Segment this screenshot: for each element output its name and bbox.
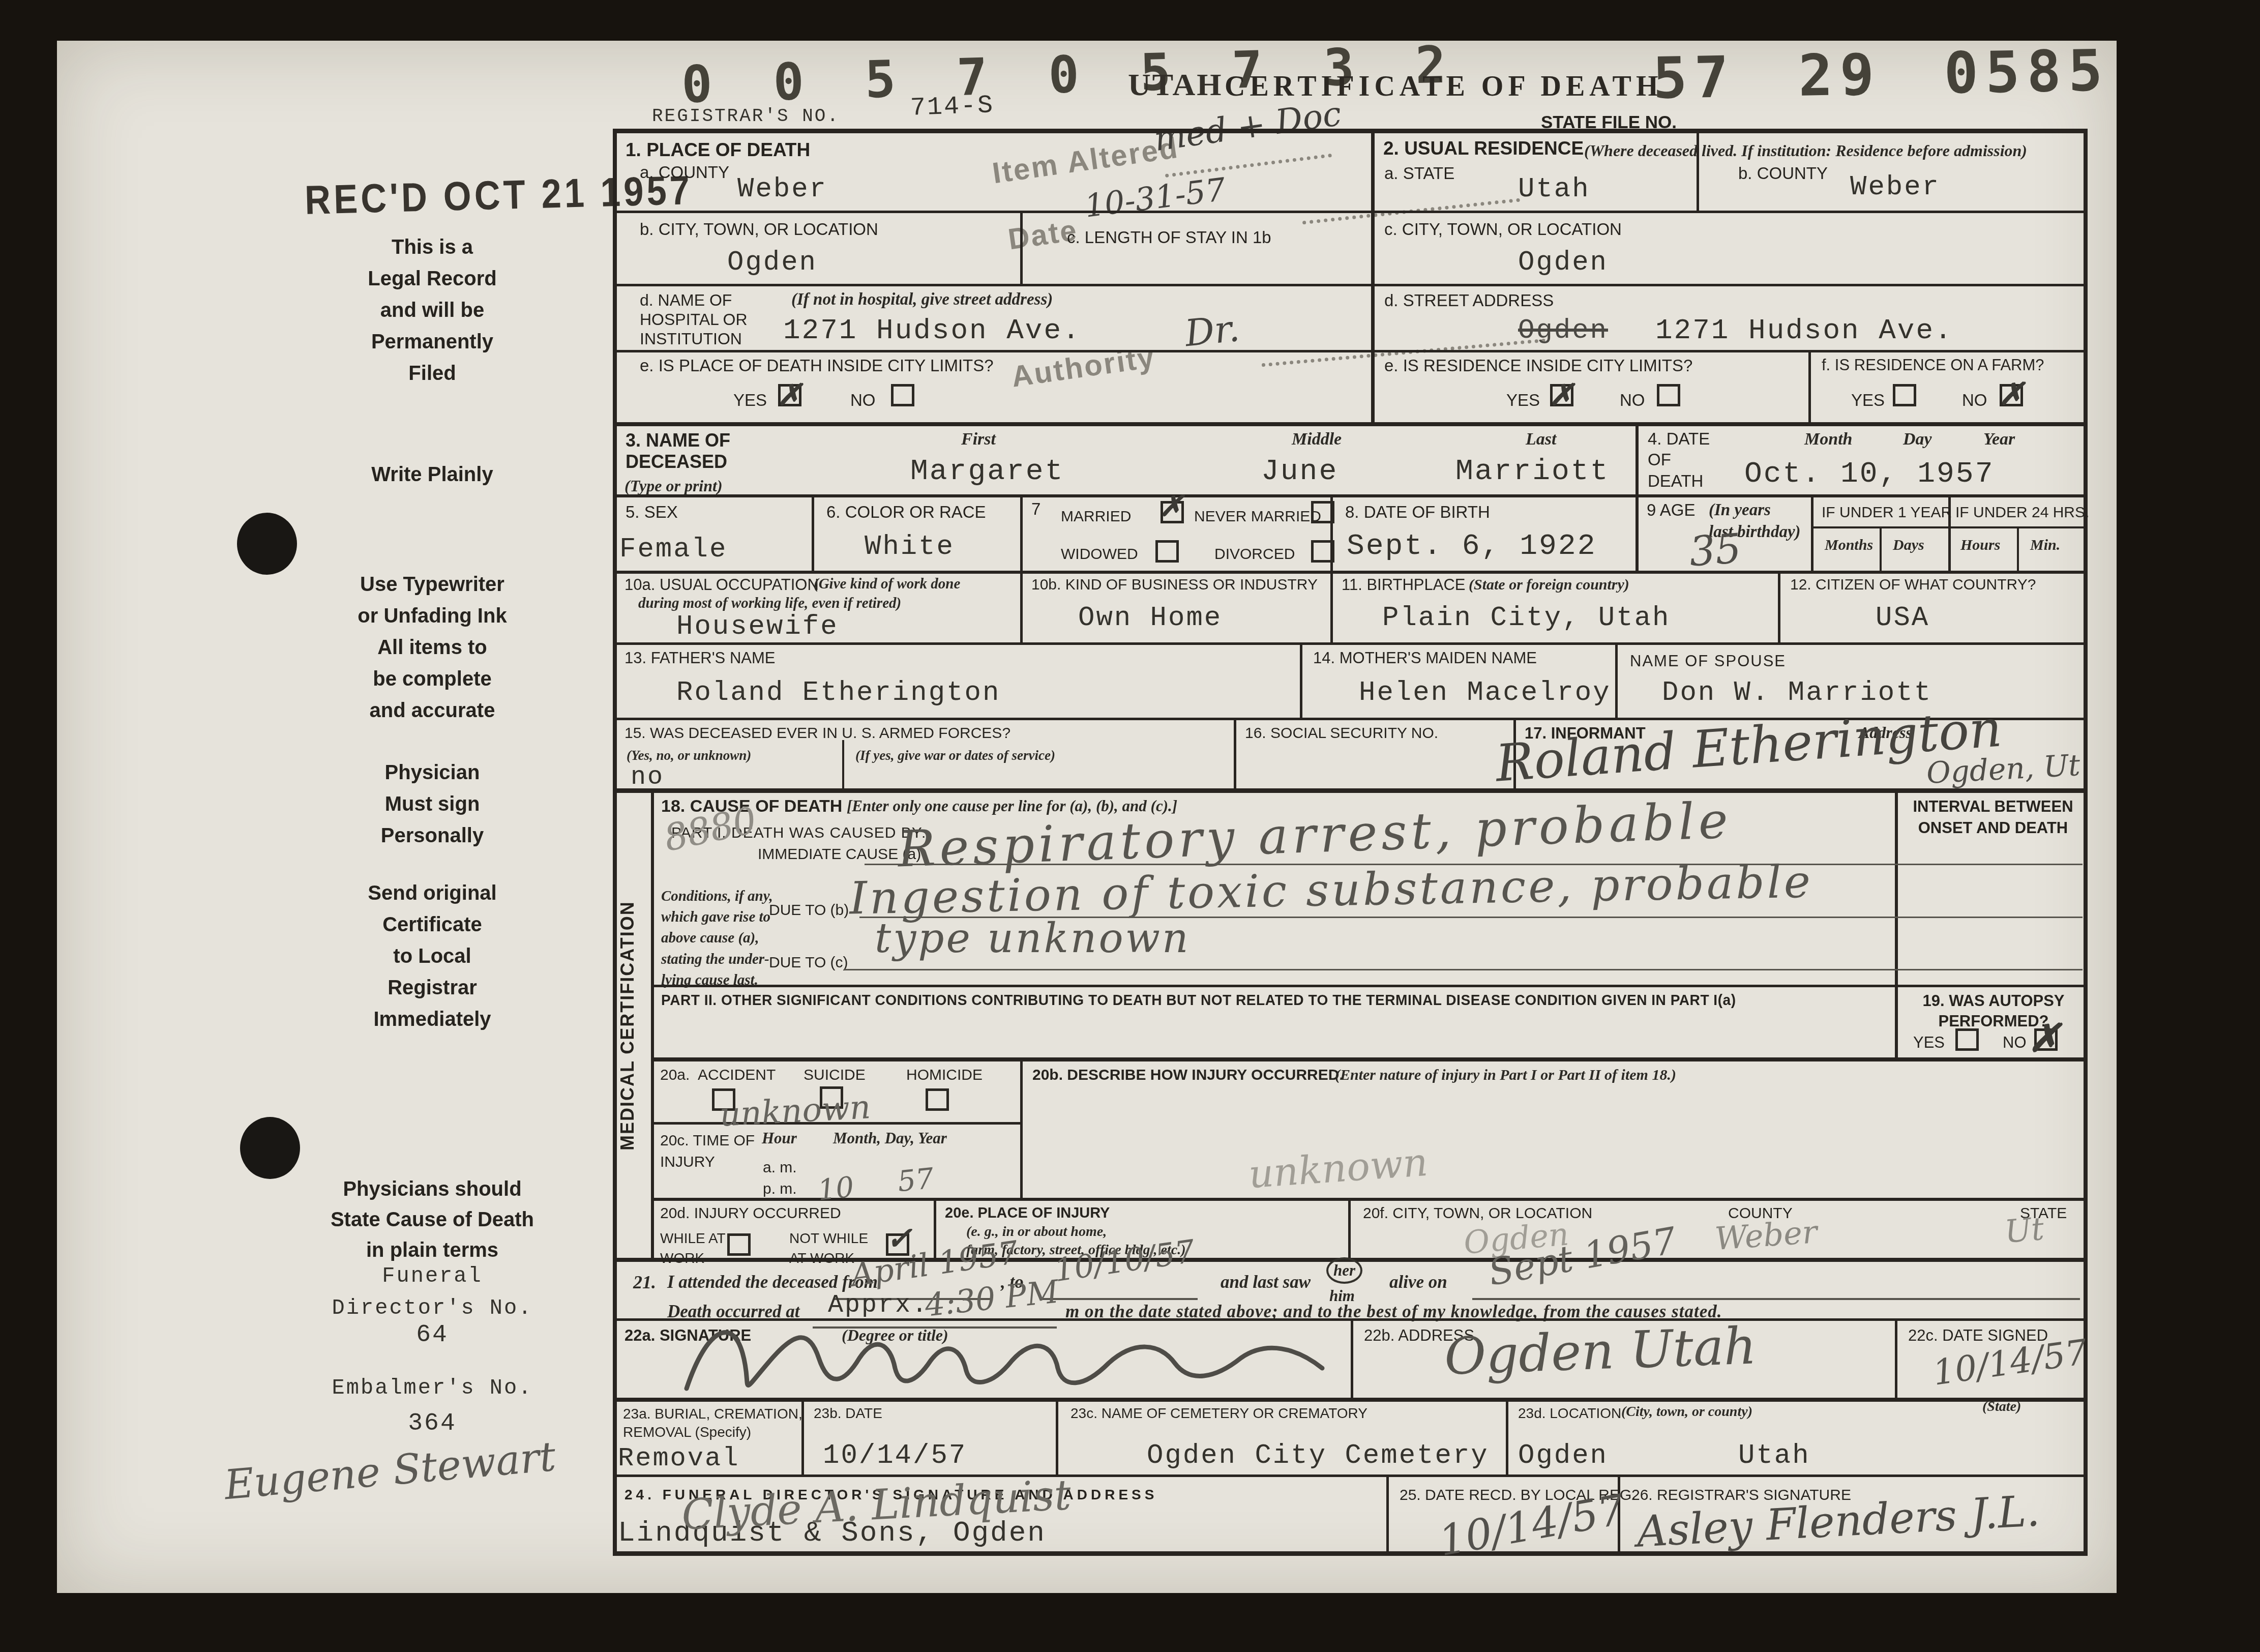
- field-16-label: 16. SOCIAL SECURITY NO.: [1245, 724, 1438, 742]
- field-7-number: 7: [1031, 499, 1040, 519]
- field-20f-state-value: Ut: [2003, 1210, 2045, 1250]
- field-20e-label: 20e. PLACE OF INJURY: [945, 1204, 1110, 1222]
- rule: [613, 422, 2088, 426]
- field-21-text-lastsaw: and last saw: [1221, 1271, 1311, 1294]
- margin-note-legal-record: This is a Legal Record and will be Perma…: [239, 231, 626, 389]
- field-10a-note1: (Give kind of work done: [814, 575, 960, 594]
- cause-c-line: [844, 969, 2083, 970]
- rule: [613, 350, 2088, 352]
- field-5-label: 5. SEX: [626, 503, 678, 522]
- field-1b-value: Ogden: [727, 247, 817, 278]
- interval-onset-death-label: INTERVAL BETWEEN ONSET AND DEATH: [1902, 796, 2084, 839]
- field-18-immediate-cause-label: IMMEDIATE CAUSE (a): [758, 845, 921, 863]
- field-7-divorced-label: DIVORCED: [1214, 545, 1295, 563]
- field-3-last-label: Last: [1526, 428, 1556, 451]
- field-9-under24hrs-label: IF UNDER 24 HRS.: [1955, 504, 2089, 521]
- rule: [651, 985, 2088, 987]
- rule: [1300, 642, 1302, 720]
- field-20c-month-value: 10: [816, 1170, 856, 1207]
- field-20c-mdy-label: Month, Day, Year: [833, 1128, 947, 1148]
- rule: [2017, 526, 2019, 573]
- field-2d-value: 1271 Hudson Ave.: [1655, 314, 1953, 347]
- field-7-married-mark: ✗: [1159, 489, 1183, 523]
- field-10a-note2: during most of working life, even if ret…: [638, 594, 901, 613]
- field-15-note2: (If yes, give war or dates of service): [855, 747, 1055, 764]
- field-23b-label: 23b. DATE: [814, 1405, 882, 1422]
- rule: [1811, 494, 1813, 573]
- registrar-no-label: REGISTRAR'S NO.: [652, 106, 840, 127]
- margin-note-plain-terms: Physicians should State Cause of Death i…: [219, 1174, 646, 1265]
- field-7-never-married-label: NEVER MARRIED: [1194, 508, 1321, 525]
- field-9-value: 35: [1688, 525, 1743, 576]
- field-spouse-value: Don W. Marriott: [1662, 677, 1932, 709]
- medical-certification-vertical-label: MEDICAL CERTIFICATION: [617, 793, 651, 1259]
- field-1e-label: e. IS PLACE OF DEATH INSIDE CITY LIMITS?: [640, 356, 994, 376]
- field-1d-label: d. NAME OF HOSPITAL OR INSTITUTION: [640, 291, 748, 348]
- field-21-text-attended: I attended the deceased from: [667, 1271, 878, 1294]
- field-9-min-label: Min.: [2030, 535, 2060, 555]
- rule: [613, 642, 2088, 645]
- embalmer-no-label: Embalmer's No.: [239, 1376, 626, 1400]
- field-9-under1yr-label: IF UNDER 1 YEAR: [1822, 504, 1952, 521]
- field-1-title: 1. PLACE OF DEATH: [626, 139, 810, 161]
- field-23a-value: Removal: [618, 1443, 739, 1473]
- field-13-value: Roland Etherington: [676, 677, 1000, 709]
- field-2e-yes-label: YES: [1506, 391, 1540, 410]
- field-2e-no-checkbox: [1657, 384, 1680, 406]
- field-10a-value: Housewife: [676, 611, 839, 642]
- field-23a-label: 23a. BURIAL, CREMATION, REMOVAL (Specify…: [623, 1405, 802, 1442]
- field-15-value: no: [631, 763, 664, 792]
- field-11-value: Plain City, Utah: [1382, 603, 1670, 634]
- rule: [1895, 1318, 1897, 1400]
- field-23c-value: Ogden City Cemetery: [1147, 1440, 1489, 1471]
- field-5-value: Female: [619, 534, 727, 565]
- punch-hole-top: [237, 513, 297, 575]
- field-12-label: 12. CITIZEN OF WHAT COUNTRY?: [1790, 576, 2036, 594]
- field-23c-label: 23c. NAME OF CEMETERY OR CREMATORY: [1070, 1405, 1367, 1422]
- field-6-value: White: [865, 532, 955, 563]
- field-23b-value: 10/14/57: [823, 1440, 967, 1471]
- field-15-note1: (Yes, no, or unknown): [627, 747, 751, 764]
- field-1e-yes-label: YES: [733, 391, 767, 410]
- field-2c-value: Ogden: [1518, 247, 1608, 278]
- field-20c-pm-label: p. m.: [763, 1180, 797, 1198]
- field-2-note: (Where deceased lived. If institution: R…: [1584, 140, 2027, 162]
- rule: [1386, 1474, 1389, 1553]
- field-3-middle-label: Middle: [1292, 428, 1342, 451]
- rule: [651, 1198, 2088, 1201]
- field-20a-homicide-checkbox: [926, 1088, 949, 1111]
- field-3-first-label: First: [961, 428, 996, 451]
- field-21-her-circled: her: [1326, 1257, 1362, 1284]
- death-certificate-scan: { "marks": { "x": "✗", "check": "✓" }, "…: [0, 0, 2260, 1652]
- physician-signature-scrawl: [676, 1312, 1337, 1404]
- rule: [812, 494, 814, 573]
- field-2e-no-label: NO: [1620, 391, 1645, 410]
- field-20f-county-value: Weber: [1714, 1213, 1819, 1257]
- rule: [613, 788, 2088, 793]
- field-2d-struck-value: Ogden: [1518, 315, 1608, 346]
- field-7-divorced-checkbox: [1311, 540, 1334, 563]
- field-7-married-label: MARRIED: [1061, 508, 1131, 525]
- field-1d-value: 1271 Hudson Ave.: [783, 314, 1081, 347]
- field-3-last-value: Marriott: [1455, 455, 1609, 488]
- rule: [1020, 494, 1023, 573]
- field-20d-while-label: WHILE AT WORK: [660, 1228, 726, 1268]
- field-9-months-label: Months: [1825, 535, 1873, 555]
- field-9-label: 9 AGE: [1647, 500, 1695, 520]
- field-20b-label: 20b. DESCRIBE HOW INJURY OCCURRED.: [1032, 1066, 1344, 1084]
- margin-note-typewriter: Use Typewriter or Unfading Ink: [239, 569, 626, 632]
- field-23d-note: (City, town, or county): [1621, 1403, 1752, 1421]
- margin-note-write-plainly: Write Plainly: [239, 463, 626, 487]
- field-4-month-label: Month: [1804, 428, 1853, 451]
- field-2f-no-mark: ✗: [1999, 376, 2024, 412]
- field-1d-note: (If not in hospital, give street address…: [791, 289, 1053, 311]
- rule: [1020, 1057, 1023, 1200]
- form-border-bottom: [613, 1551, 2088, 1556]
- field-2f-label: f. IS RESIDENCE ON A FARM?: [1822, 356, 2044, 375]
- rule: [1348, 1198, 1351, 1260]
- field-4-value: Oct. 10, 1957: [1744, 458, 1994, 491]
- rule: [1020, 571, 1023, 645]
- embalmer-no-value: 364: [239, 1410, 626, 1437]
- rule: [1615, 642, 1618, 720]
- field-12-value: USA: [1876, 603, 1929, 634]
- field-19-no-mark: ✗: [2028, 1015, 2061, 1060]
- rule: [1880, 526, 1882, 573]
- margin-note-complete: All items to be complete and accurate: [239, 632, 626, 726]
- field-20a-suicide-label: SUICIDE: [804, 1066, 866, 1084]
- field-20b-note: (Enter nature of injury in Part I or Par…: [1335, 1065, 1676, 1085]
- field-1c-label: c. LENGTH OF STAY IN 1b: [1067, 228, 1271, 248]
- field-20c-label: 20c. TIME OF INJURY: [660, 1130, 755, 1173]
- form-border-top: [613, 129, 2088, 133]
- field-4-year-label: Year: [1983, 428, 2015, 451]
- field-20d-label: 20d. INJURY OCCURRED: [660, 1204, 841, 1222]
- rule: [1351, 1318, 1353, 1400]
- field-18-part2-label: PART II. OTHER SIGNIFICANT CONDITIONS CO…: [661, 992, 1736, 1009]
- field-2b-label: b. COUNTY: [1738, 164, 1828, 184]
- field-3-title: 3. NAME OF DECEASED: [626, 430, 730, 473]
- field-1e-no-label: NO: [850, 391, 876, 410]
- rule: [1635, 422, 1639, 573]
- field-2c-label: c. CITY, TOWN, OR LOCATION: [1384, 220, 1622, 240]
- form-border-left: [613, 129, 617, 1556]
- field-18-due-to-c-label: DUE TO (c): [769, 954, 848, 971]
- field-14-label: 14. MOTHER'S MAIDEN NAME: [1313, 649, 1537, 668]
- rule: [1330, 571, 1333, 645]
- field-23d-state-value: Utah: [1738, 1440, 1810, 1471]
- funeral-director-no-label: Funeral Director's No.: [239, 1260, 626, 1324]
- field-19-yes-checkbox: [1955, 1028, 1979, 1051]
- field-20c-am-label: a. m.: [763, 1159, 797, 1176]
- field-2e-label: e. IS RESIDENCE INSIDE CITY LIMITS?: [1384, 356, 1692, 376]
- funeral-director-no-value: 64: [239, 1321, 626, 1349]
- field-19-no-label: NO: [2003, 1034, 2027, 1052]
- field-8-value: Sept. 6, 1922: [1347, 530, 1596, 563]
- rule: [842, 740, 844, 791]
- field-4-day-label: Day: [1903, 428, 1932, 451]
- field-20a-homicide-label: HOMICIDE: [906, 1066, 983, 1084]
- field-2f-yes-checkbox: [1893, 384, 1916, 406]
- field-20c-hour-label: Hour: [762, 1128, 797, 1148]
- rule: [651, 788, 654, 1259]
- field-18-conditions-note: Conditions, if any, which gave rise to a…: [661, 886, 773, 991]
- authority-value: Dr.: [1183, 307, 1241, 355]
- field-2e-yes-mark: ✗: [1549, 377, 1574, 412]
- punch-hole-bottom: [240, 1117, 300, 1179]
- field-7-never-married-checkbox: [1311, 501, 1334, 523]
- field-2b-value: Weber: [1850, 172, 1940, 203]
- margin-note-send-original: Send original Certificate to Local Regis…: [239, 877, 626, 1035]
- rule: [613, 284, 2088, 286]
- cause-b-value-line2: type unknown: [875, 914, 1191, 962]
- field-19-yes-label: YES: [1913, 1034, 1945, 1052]
- field-1e-no-checkbox: [891, 384, 914, 406]
- field-23d-state-note: (State): [1982, 1398, 2021, 1416]
- field-20a-value: unknown: [719, 1088, 871, 1134]
- field-13-label: 13. FATHER'S NAME: [625, 649, 775, 668]
- title-utah: UTAH: [1128, 67, 1223, 103]
- field-1e-yes-mark: ✗: [777, 377, 802, 412]
- field-10a-label: 10a. USUAL OCCUPATION: [625, 576, 819, 595]
- rule: [1506, 1398, 1508, 1477]
- field-23d-city-value: Ogden: [1518, 1440, 1608, 1471]
- field-20d-while-checkbox: [727, 1233, 751, 1256]
- field-20a-accident-label: ACCIDENT: [698, 1066, 776, 1084]
- rule: [1056, 1398, 1058, 1477]
- field-9-days-label: Days: [1893, 535, 1924, 555]
- field-1a-value: Weber: [737, 174, 827, 205]
- rule: [1808, 350, 1811, 425]
- field-11-label: 11. BIRTHPLACE: [1342, 576, 1466, 595]
- field-3-first-value: Margaret: [910, 455, 1064, 488]
- rule: [613, 571, 2088, 574]
- field-1b-label: b. CITY, TOWN, OR LOCATION: [640, 220, 878, 240]
- rule: [1020, 211, 1023, 286]
- field-2f-no-label: NO: [1962, 391, 1987, 410]
- field-20a-number: 20a.: [660, 1066, 690, 1084]
- field-21-text-aliveon: alive on: [1389, 1271, 1447, 1294]
- field-3-middle-value: June: [1261, 455, 1338, 488]
- rule: [1371, 129, 1375, 426]
- rule: [1234, 718, 1236, 791]
- field-2d-label: d. STREET ADDRESS: [1384, 291, 1554, 311]
- field-6-label: 6. COLOR OR RACE: [826, 503, 986, 522]
- field-22b-value: Ogden Utah: [1443, 1316, 1758, 1386]
- field-14-value: Helen Macelroy: [1359, 677, 1611, 709]
- rule: [651, 1057, 2088, 1061]
- field-3-note: (Type or print): [625, 476, 723, 497]
- rule: [1778, 571, 1780, 645]
- field-7-widowed-checkbox: [1155, 540, 1179, 563]
- title-certificate-of-death: CERTIFICATE OF DEATH: [1225, 70, 1663, 103]
- state-file-no-stamp: 57 29 0585: [1652, 38, 2110, 112]
- rule: [613, 1474, 2088, 1477]
- rule: [1895, 788, 1898, 1060]
- field-7-widowed-label: WIDOWED: [1061, 545, 1138, 563]
- rule: [613, 211, 2088, 213]
- field-2a-label: a. STATE: [1384, 164, 1454, 184]
- rule: [613, 494, 2088, 497]
- field-spouse-label: NAME OF SPOUSE: [1630, 652, 1786, 671]
- field-11-note: (State or foreign country): [1469, 575, 1629, 595]
- field-2f-yes-label: YES: [1851, 391, 1885, 410]
- field-8-label: 8. DATE OF BIRTH: [1345, 503, 1490, 522]
- margin-note-physician-sign: Physician Must sign Personally: [239, 757, 626, 851]
- registrar-no-value: 714-S: [910, 91, 995, 123]
- field-9-hours-label: Hours: [1960, 535, 2000, 555]
- field-21-number: 21.: [633, 1271, 656, 1294]
- field-1a-label: a. COUNTY: [640, 163, 729, 183]
- field-10b-value: Own Home: [1078, 603, 1222, 634]
- field-18-due-to-b-label: DUE TO (b): [769, 901, 849, 919]
- field-2a-value: Utah: [1518, 174, 1590, 205]
- field-4-title: 4. DATE OF DEATH: [1648, 428, 1710, 491]
- field-2-title: 2. USUAL RESIDENCE: [1383, 137, 1584, 160]
- field-15-label: 15. WAS DECEASED EVER IN U. S. ARMED FOR…: [625, 724, 1010, 742]
- field-23d-label: 23d. LOCATION: [1518, 1405, 1621, 1422]
- field-20c-year-value: 57: [896, 1162, 936, 1198]
- field-10b-label: 10b. KIND OF BUSINESS OR INDUSTRY: [1031, 576, 1318, 594]
